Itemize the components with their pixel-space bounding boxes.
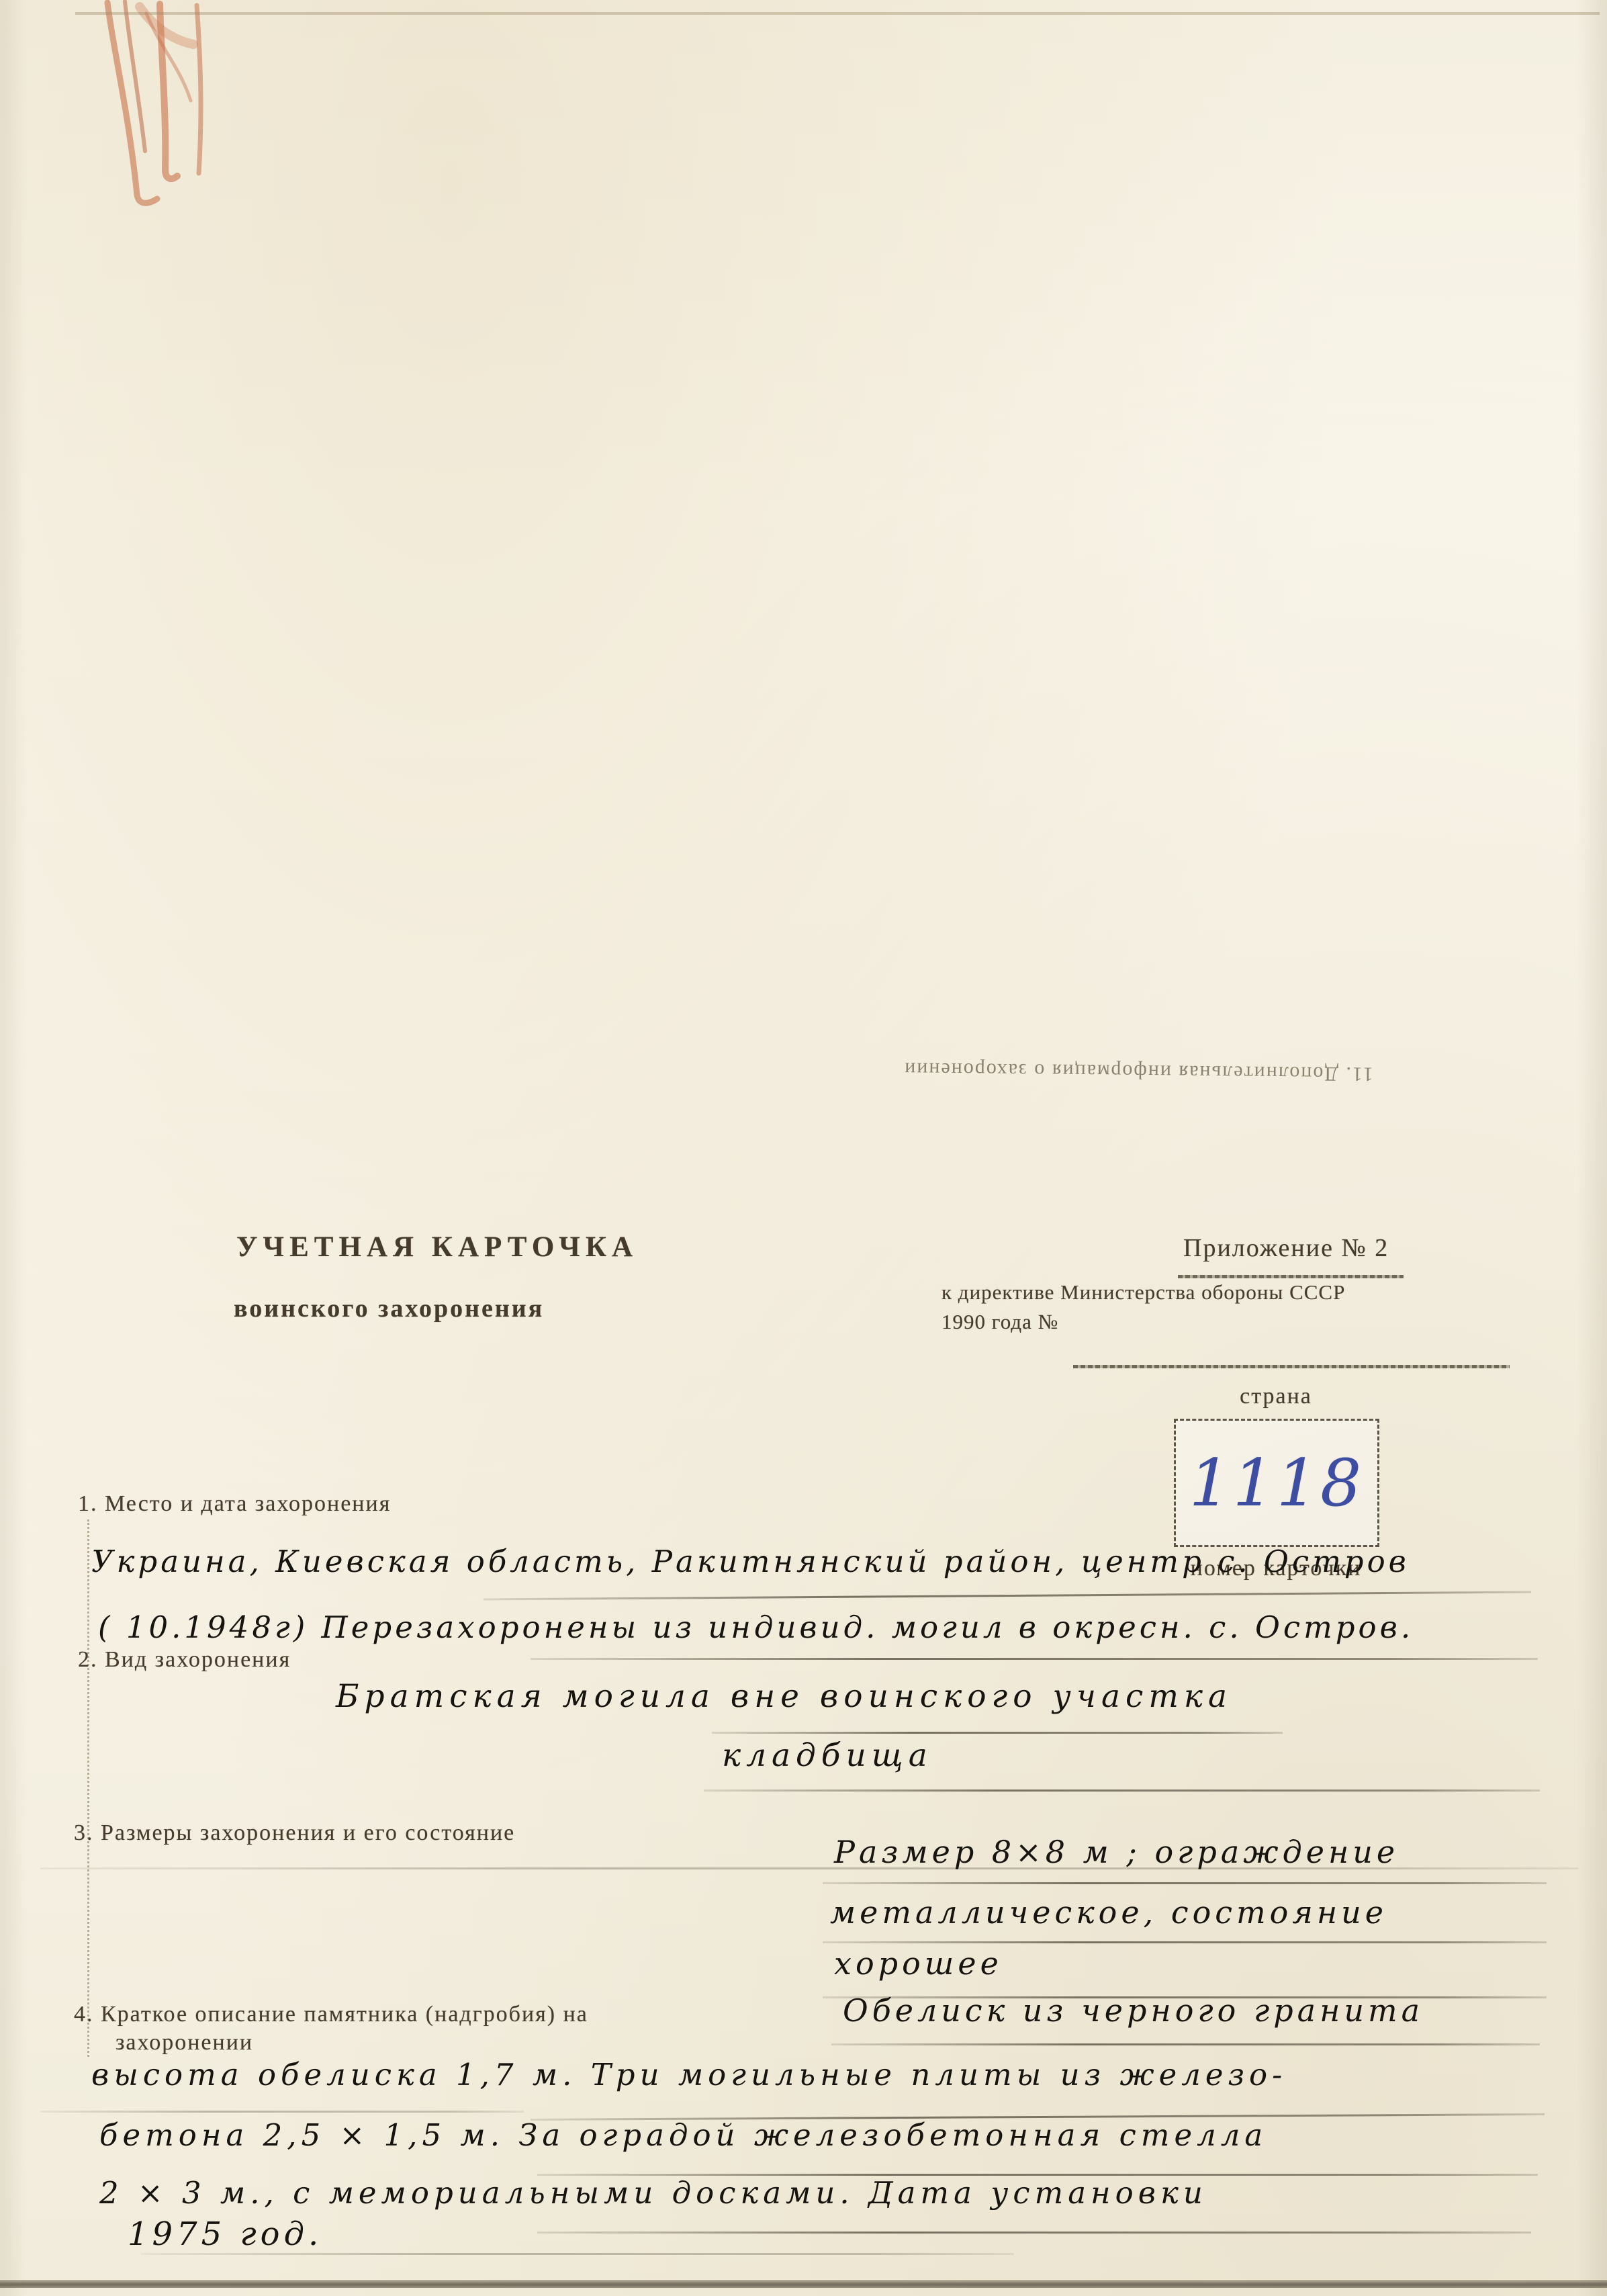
pencil-line	[141, 2253, 1014, 2255]
left-margin-dotted-line	[87, 1519, 89, 2057]
scanned-burial-record-card: 11. Дополнительная информация о захороне…	[0, 0, 1607, 2296]
annex-underline	[1178, 1275, 1404, 1278]
section3-handwritten-line1: Размер 8×8 м ; ограждение	[834, 1834, 1399, 1870]
red-crayon-marks	[59, 0, 281, 215]
pencil-line	[484, 1591, 1531, 1601]
pencil-line	[712, 1732, 1283, 1734]
rotated-section11-heading: 11. Дополнительная информация о захороне…	[823, 1057, 1454, 1086]
section2-handwritten-line2: кладбища	[722, 1737, 933, 1774]
section3-handwritten-line3: хорошее	[834, 1945, 1003, 1982]
card-number-value: 1118	[1189, 1446, 1364, 1521]
pencil-line	[40, 2111, 524, 2113]
pencil-line	[704, 1790, 1540, 1792]
section2-label: 2. Вид захоронения	[78, 1647, 291, 1673]
card-number-divider	[1073, 1365, 1510, 1368]
annex-heading: Приложение № 2	[1183, 1233, 1389, 1263]
section4-handwritten-line5: 1975 год.	[128, 2215, 322, 2253]
scan-top-edge	[75, 12, 1600, 15]
form-title-line1: УЧЕТНАЯ КАРТОЧКА	[236, 1231, 638, 1264]
form-title-line2: воинского захоронения	[234, 1294, 544, 1323]
annex-year-line: 1990 года №	[942, 1310, 1058, 1334]
scan-bottom-edge	[0, 2280, 1607, 2288]
pencil-line	[531, 1658, 1538, 1660]
pencil-line	[823, 1882, 1547, 1884]
section4-handwritten-line4: 2 × 3 м., с мемориальными досками. Дата …	[99, 2175, 1207, 2211]
section3-handwritten-line2: металлическое, состояние	[830, 1894, 1387, 1931]
section2-handwritten-line1: Братская могила вне воинского участка	[336, 1678, 1232, 1715]
annex-directive-line: к директиве Министерства обороны СССР	[942, 1280, 1345, 1305]
section4-label-line1: 4. Краткое описание памятника (надгробия…	[74, 2002, 588, 2027]
card-number-box: 1118	[1174, 1419, 1379, 1547]
pencil-line	[831, 2043, 1540, 2045]
country-label: страна	[1175, 1384, 1377, 1409]
section1-handwritten-line1: Украина, Киевская область, Ракитнянский …	[91, 1544, 1410, 1579]
section1-handwritten-line2: ( 10.1948г) Перезахоронены из индивид. м…	[98, 1609, 1414, 1645]
section1-label: 1. Место и дата захоронения	[78, 1491, 391, 1517]
pencil-line	[823, 1941, 1547, 1943]
section4-handwritten-line3: бетона 2,5 × 1,5 м. За оградой железобет…	[99, 2117, 1267, 2153]
section4-handwritten-line1: Обелиск из черного гранита	[843, 1992, 1424, 2029]
section3-label: 3. Размеры захоронения и его состояние	[74, 1820, 515, 1846]
section4-handwritten-line2: высота обелиска 1,7 м. Три могильные пли…	[91, 2057, 1287, 2092]
pencil-line	[537, 2232, 1531, 2234]
section4-label-line2: захоронении	[116, 2030, 253, 2056]
